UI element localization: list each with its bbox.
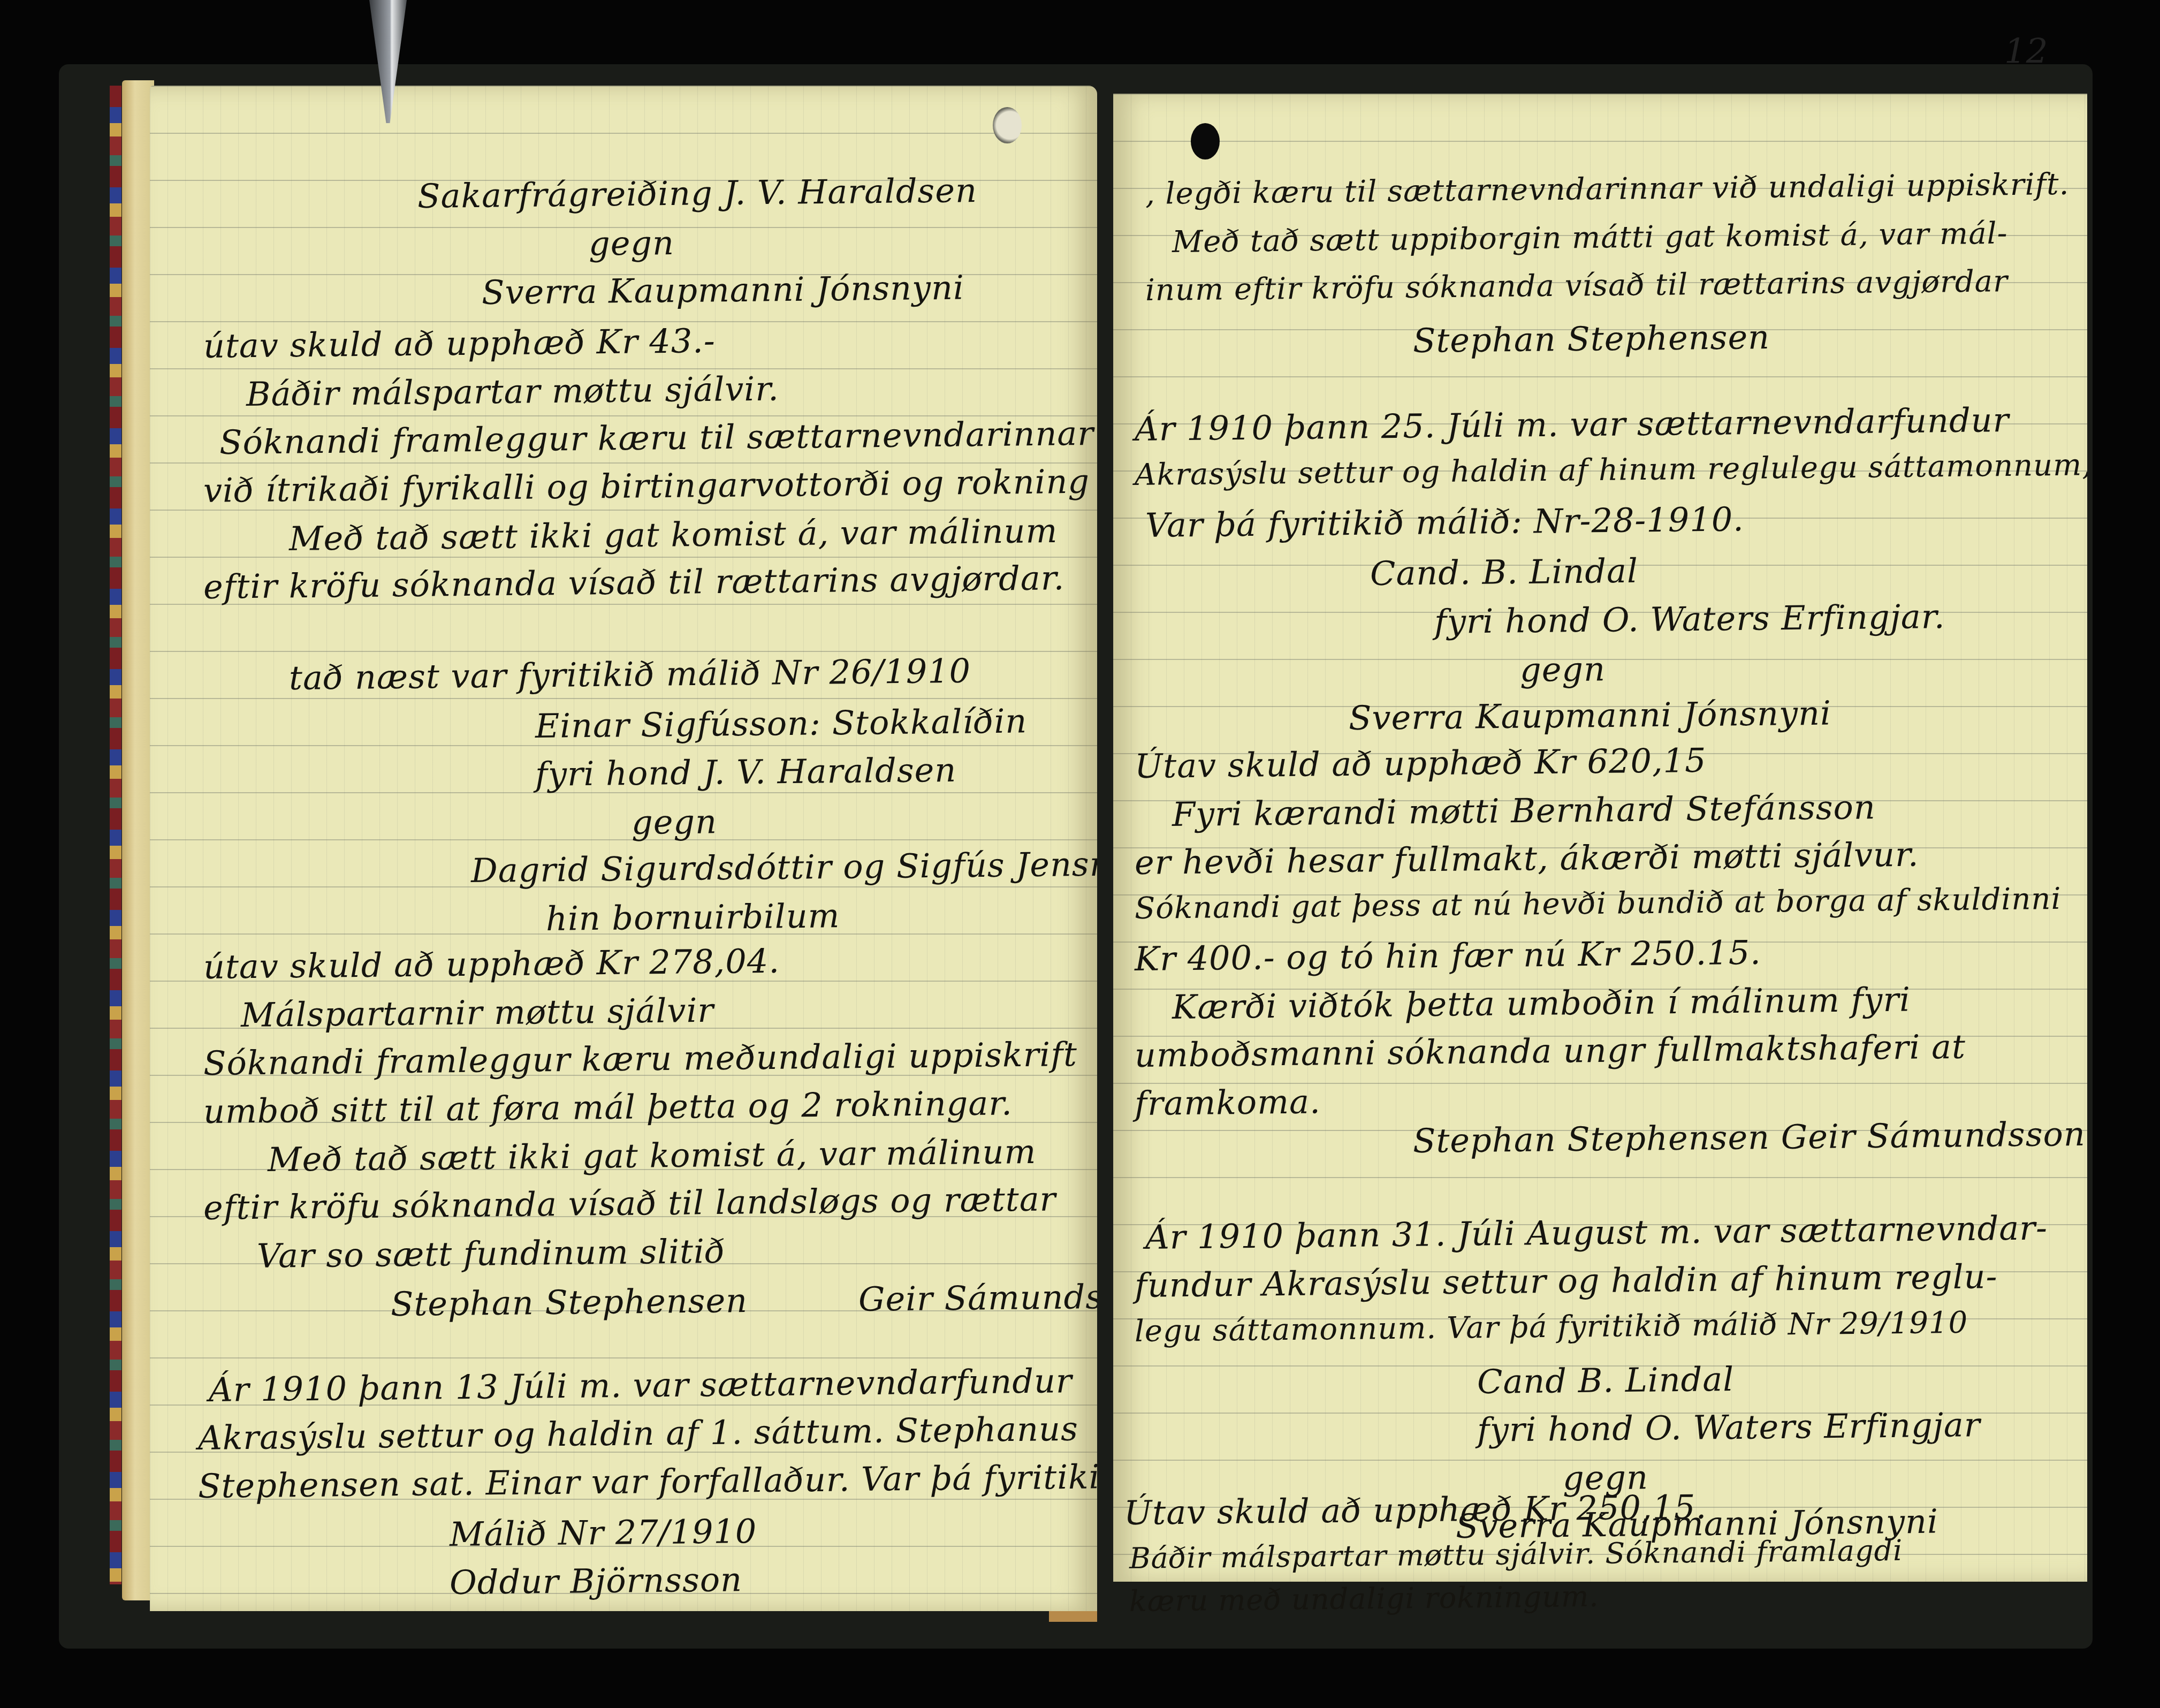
handwritten-line: Akrasýslu settur og haldin af hinum regl… xyxy=(1135,447,2087,492)
handwritten-line: Með tað sætt uppiborgin mátti gat komist… xyxy=(1172,216,2008,260)
handwritten-line: Einar Sigfússon: Stokkalíðin xyxy=(535,701,1028,746)
handwritten-line: Stephensen sat. Einar var forfallaður. V… xyxy=(198,1457,1097,1506)
signatures: Stephan Stephensen Geir Sámundsson xyxy=(391,1277,1097,1324)
handwritten-line: framkoma. xyxy=(1135,1082,1321,1123)
binder-hole xyxy=(993,107,1022,143)
handwritten-line: útav skuld að upphæð Kr 278,04. xyxy=(203,942,780,986)
handwritten-line: Báðir málspartar møttu sjálvir. xyxy=(246,369,779,414)
handwritten-line: Kr 400.- og tó hin fær nú Kr 250.15. xyxy=(1135,933,1762,978)
handwritten-line: fyri hond O. Waters Erfingjar xyxy=(1477,1405,1981,1449)
handwritten-line: Ár 1910 þann 25. Júli m. var sættarnevnd… xyxy=(1135,400,2010,449)
handwritten-line: , legði kæru til sættarnevndarinnar við … xyxy=(1145,167,2070,211)
handwritten-line: Sóknandi framleggur kæru til sættarnevnd… xyxy=(219,414,1094,462)
handwritten-line: fundur Akrasýslu settur og haldin af hin… xyxy=(1135,1257,1998,1305)
handwritten-line: er hevði hesar fullmakt, ákærði møtti sj… xyxy=(1135,835,1919,882)
handwritten-line: gegn xyxy=(524,223,739,264)
handwritten-line: Sóknandi framleggur kæru meðundaligi upp… xyxy=(203,1035,1078,1083)
handwritten-line: Cand. B. Lindal xyxy=(1370,551,1639,593)
page-stack-edge xyxy=(122,80,154,1600)
handwritten-line: fyri hond O. Waters Erfingjar. xyxy=(1434,597,1945,641)
page-number: 12 xyxy=(2004,32,2048,72)
handwritten-line: Fyri kærandi møtti Bernhard Stefánsson xyxy=(1172,787,1876,834)
handwritten-line: Með tað sætt ikki gat komist á, var máli… xyxy=(268,1132,1037,1179)
handwritten-line: Sverra Kaupmanni Jónsnyni xyxy=(1349,694,1832,738)
handwritten-line: gegn xyxy=(1520,649,1606,689)
handwritten-line: Cand B. Lindal xyxy=(1477,1360,1735,1401)
handwritten-line: Útav skuld að upphæð Kr 620,15 xyxy=(1135,741,1707,786)
handwritten-line: eftir kröfu sóknanda vísað til rættarins… xyxy=(203,558,1065,606)
handwritten-line: við ítrikaði fyrikalli og birtingarvotto… xyxy=(203,462,1090,510)
handwritten-line: umboðsmanni sóknanda ungr fullmaktshafer… xyxy=(1135,1027,1966,1075)
handwritten-line: Var so sætt fundinum slitið xyxy=(257,1232,726,1276)
handwritten-line: Málspartarnir møttu sjálvir xyxy=(241,991,714,1035)
handwritten-line: Sakarfrágreiðing J. V. Haraldsen xyxy=(417,172,900,216)
handwritten-line: legu sáttamonnum. Var þá fyritikið málið… xyxy=(1135,1305,1968,1349)
handwritten-line: Málið Nr 27/1910 xyxy=(450,1512,757,1554)
handwritten-line: Útav skuld að upphæð Kr 250,15. xyxy=(1124,1487,1707,1532)
handwritten-line: Dagrid Sigurdsdóttir og Sigfús Jensnyni xyxy=(471,844,1097,890)
handwritten-line: umboð sitt til at føra mál þetta og 2 ro… xyxy=(203,1083,1013,1131)
handwritten-line: eftir kröfu sóknanda vísað til landsløgs… xyxy=(203,1179,1056,1227)
handwritten-line: Sverra Kaupmanni Jónsnyni xyxy=(482,268,965,312)
handwritten-line: Ár 1910 þann 31. Júli August m. var sætt… xyxy=(1145,1208,2048,1257)
binder-hole xyxy=(1191,123,1220,160)
handwritten-line: Akrasýslu settur og haldin af 1. sáttum.… xyxy=(198,1409,1079,1458)
left-page: Sakarfrágreiðing J. V. Haraldsen gegn Sv… xyxy=(150,86,1097,1611)
right-page: , legði kæru til sættarnevndarinnar við … xyxy=(1113,94,2087,1582)
handwritten-line: kæru með undaligi rokningum. xyxy=(1129,1580,1599,1618)
handwritten-line: Ár 1910 þann 13 Júli m. var sættarnevnda… xyxy=(209,1361,1073,1409)
signatures: Stephan Stephensen Geir Sámundsson xyxy=(1413,1114,2086,1160)
handwritten-line: Oddur Björnsson xyxy=(450,1560,743,1602)
signature: Stephan Stephensen xyxy=(1413,317,1770,360)
handwritten-line: fyri hond J. V. Haraldsen xyxy=(535,750,957,794)
handwritten-line: hin bornuirbilum xyxy=(546,896,840,938)
handwritten-line: Var þá fyritikið málið: Nr-28-1910. xyxy=(1145,499,1745,545)
marbled-page-edge xyxy=(110,86,121,1584)
handwritten-line: tað næst var fyritikið málið Nr 26/1910 xyxy=(289,651,971,697)
handwritten-line: inum eftir kröfu sóknanda vísað til rætt… xyxy=(1145,264,2008,308)
handwritten-line: Kærði viðtók þetta umboðin í málinum fyr… xyxy=(1172,980,1911,1027)
handwritten-line: gegn xyxy=(632,802,718,842)
handwritten-line: útav skuld að upphæð Kr 43.- xyxy=(203,321,716,366)
handwritten-line: Sóknandi gat þess at nú hevði bundið at … xyxy=(1135,882,2062,926)
handwritten-line: Með tað sætt ikki gat komist á, var máli… xyxy=(289,511,1058,558)
